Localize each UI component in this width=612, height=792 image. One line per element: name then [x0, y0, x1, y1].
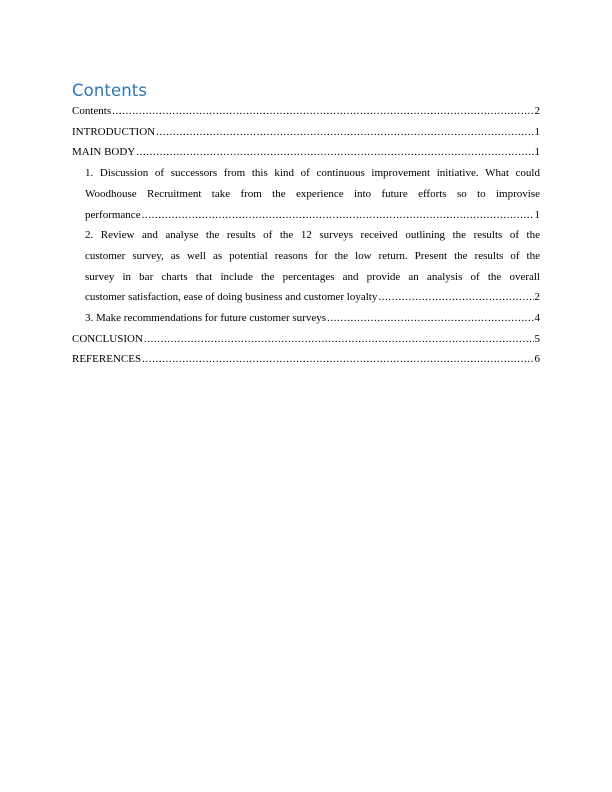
toc-page-number: 6 — [535, 349, 541, 370]
toc-entry-line: 1. Discussion of successors from this ki… — [85, 163, 540, 184]
dot-leader — [327, 308, 533, 329]
dot-leader — [136, 142, 533, 163]
toc-entry-line: 2. Review and analyse the results of the… — [85, 225, 540, 246]
toc-entry-main-body[interactable]: MAIN BODY 1 — [72, 142, 540, 163]
toc-entry-label: 3. Make recommendations for future custo… — [85, 308, 326, 329]
toc-page-number: 2 — [535, 287, 541, 308]
toc-entry-introduction[interactable]: INTRODUCTION 1 — [72, 122, 540, 143]
dot-leader — [142, 205, 534, 226]
toc-entry-line: survey in bar charts that include the pe… — [85, 267, 540, 288]
toc-entry-review-surveys[interactable]: 2. Review and analyse the results of the… — [72, 225, 540, 308]
toc-page-number: 5 — [535, 329, 541, 350]
dot-leader — [144, 329, 534, 350]
toc-entry-label: INTRODUCTION — [72, 122, 155, 143]
toc-page-number: 4 — [535, 308, 541, 329]
toc-entry-references[interactable]: REFERENCES 6 — [72, 349, 540, 370]
toc-entry-line: customer survey, as well as potential re… — [85, 246, 540, 267]
toc-entry-conclusion[interactable]: CONCLUSION 5 — [72, 329, 540, 350]
dot-leader — [112, 101, 533, 122]
dot-leader — [156, 122, 533, 143]
toc-entry-label: customer satisfaction, ease of doing bus… — [85, 287, 377, 308]
toc-page-number: 1 — [535, 142, 541, 163]
toc-entry-label: performance — [85, 205, 141, 226]
toc-entry-label: MAIN BODY — [72, 142, 135, 163]
toc-entry-label: CONCLUSION — [72, 329, 143, 350]
toc-heading: Contents — [72, 80, 147, 102]
table-of-contents: Contents 2 INTRODUCTION 1 MAIN BODY 1 1.… — [72, 101, 540, 370]
toc-entry-label: Contents — [72, 101, 111, 122]
toc-entry-recommendations[interactable]: 3. Make recommendations for future custo… — [72, 308, 540, 329]
toc-entry-discussion[interactable]: 1. Discussion of successors from this ki… — [72, 163, 540, 225]
dot-leader — [142, 349, 533, 370]
dot-leader — [378, 287, 533, 308]
toc-entry-label: REFERENCES — [72, 349, 141, 370]
document-page: Contents Contents 2 INTRODUCTION 1 MAIN … — [0, 0, 612, 792]
toc-entry-contents[interactable]: Contents 2 — [72, 101, 540, 122]
toc-page-number: 1 — [535, 122, 541, 143]
toc-entry-line: Woodhouse Recruitment take from the expe… — [85, 184, 540, 205]
toc-page-number: 2 — [535, 101, 541, 122]
toc-page-number: 1 — [535, 205, 541, 226]
